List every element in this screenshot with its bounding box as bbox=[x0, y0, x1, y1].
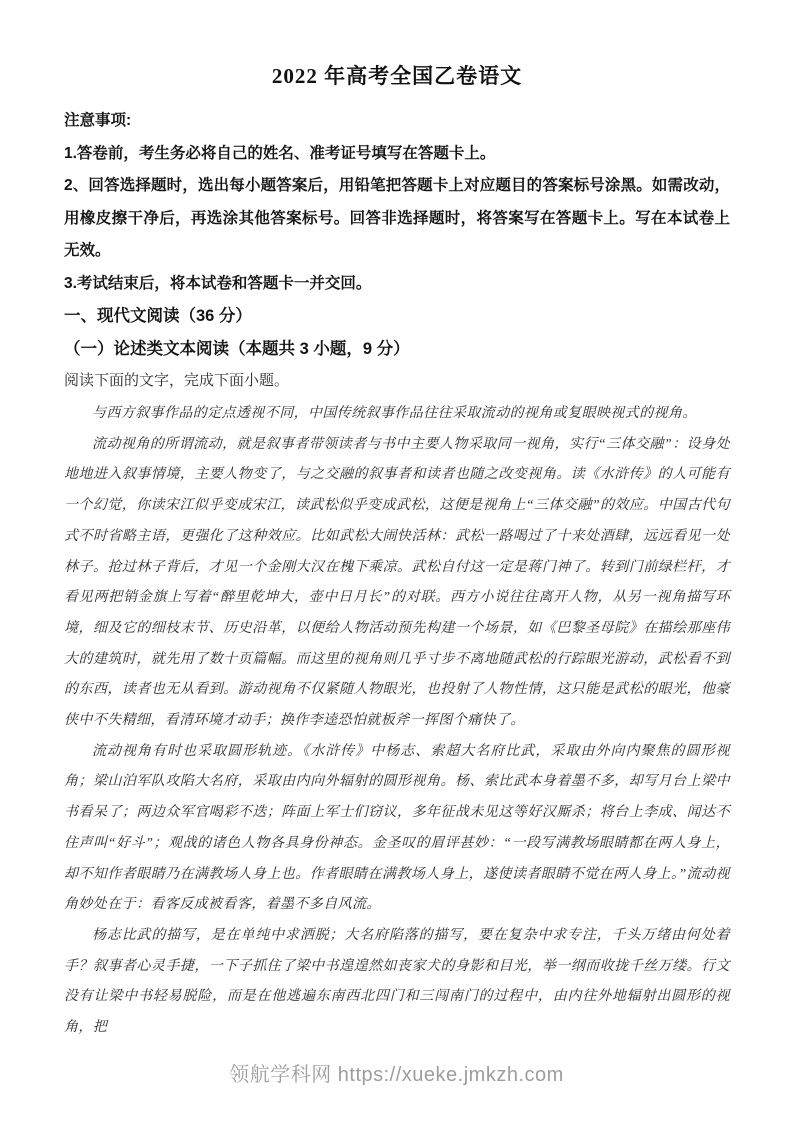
page-title: 2022 年高考全国乙卷语文 bbox=[64, 60, 730, 90]
notice-item-1: 1.答卷前，考生务必将自己的姓名、准考证号填写在答题卡上。 bbox=[64, 138, 730, 171]
subsection-heading-argumentative-reading: （一）论述类文本阅读（本题共 3 小题，9 分） bbox=[64, 333, 730, 366]
section-heading-modern-reading: 一、现代文阅读（36 分） bbox=[64, 300, 730, 333]
notice-heading: 注意事项: bbox=[64, 105, 730, 138]
notice-item-2: 2、回答选择题时，选出每小题答案后，用铅笔把答题卡上对应题目的答案标号涂黑。如需… bbox=[64, 170, 730, 268]
passage-paragraph-3: 流动视角有时也采取圆形轨迹。《水浒传》中杨志、索超大名府比武，采取由外向内聚焦的… bbox=[64, 737, 730, 921]
reading-passage: 与西方叙事作品的定点透视不同，中国传统叙事作品往往采取流动的视角或复眼映视式的视… bbox=[64, 399, 730, 1044]
passage-paragraph-4: 杨志比武的描写，是在单纯中求洒脱；大名府陷落的描写，要在复杂中求专注，千头万绪由… bbox=[64, 921, 730, 1044]
notice-item-3: 3.考试结束后，将本试卷和答题卡一并交回。 bbox=[64, 268, 730, 301]
watermark: 领航学科网 https://xueke.jmkzh.com bbox=[0, 1058, 793, 1087]
reading-instruction: 阅读下面的文字，完成下面小题。 bbox=[64, 366, 730, 397]
passage-paragraph-1: 与西方叙事作品的定点透视不同，中国传统叙事作品往往采取流动的视角或复眼映视式的视… bbox=[64, 399, 730, 430]
notice-block: 注意事项: 1.答卷前，考生务必将自己的姓名、准考证号填写在答题卡上。 2、回答… bbox=[64, 105, 730, 300]
exam-paper-page: 2022 年高考全国乙卷语文 注意事项: 1.答卷前，考生务必将自己的姓名、准考… bbox=[0, 0, 793, 1122]
passage-paragraph-2: 流动视角的所谓流动，就是叙事者带领读者与书中主要人物采取同一视角，实行“三体交融… bbox=[64, 430, 730, 737]
watermark-text: 领航学科网 https://xueke.jmkzh.com bbox=[229, 1064, 564, 1086]
